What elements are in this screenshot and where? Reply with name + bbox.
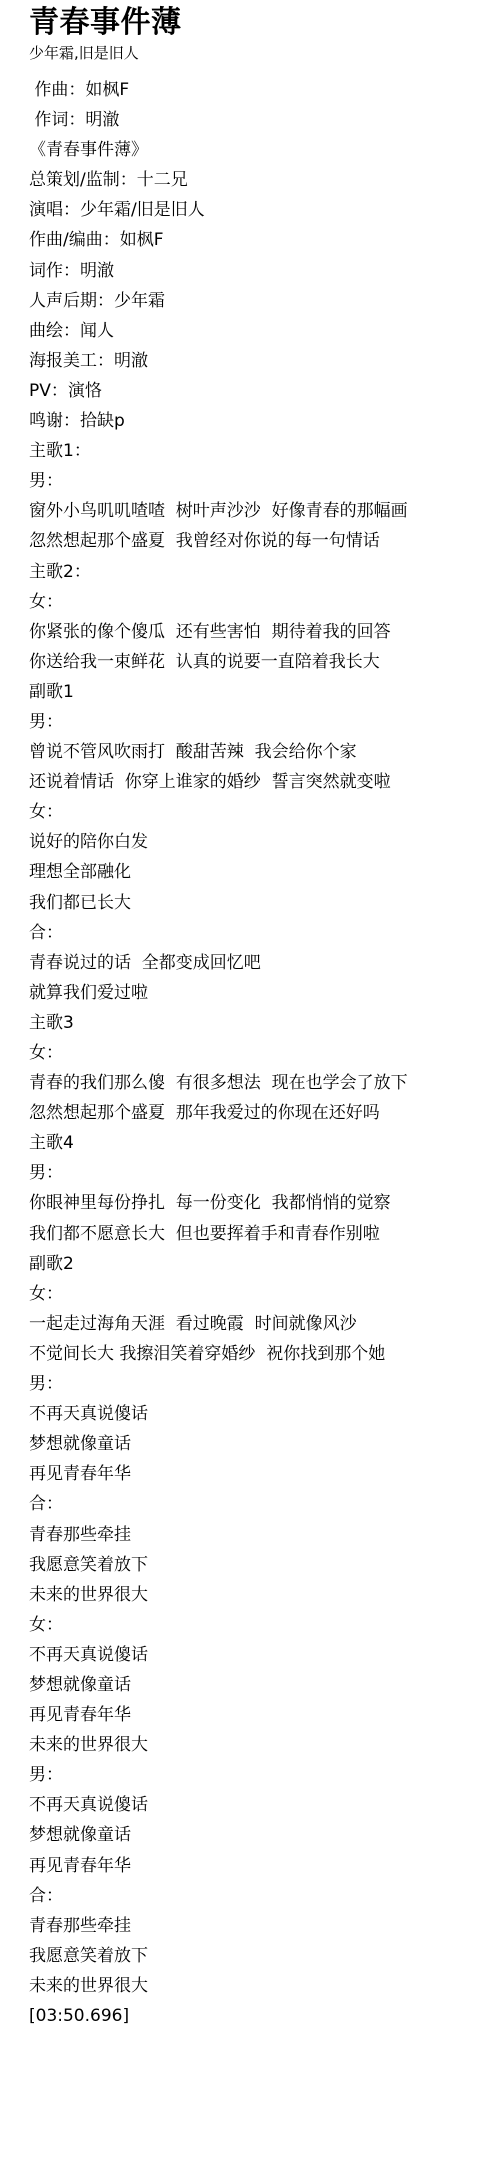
page-title: 青春事件薄 [29,3,490,42]
lyric-line: 理想全部融化 [29,857,490,887]
lyric-line: 就算我们爱过啦 [29,978,490,1008]
lyric-line: 一起走过海角天涯 看过晚霞 时间就像风沙 [29,1309,490,1339]
lyric-line: 合： [29,1489,490,1519]
lyric-line: 青春那些牵挂 [29,1911,490,1941]
lyric-line: 主歌1： [29,436,490,466]
credit-line: 鸣谢：拾缺p [29,406,490,436]
lyric-line: 男： [29,466,490,496]
lyric-line: 副歌1 [29,677,490,707]
lyric-line: 女： [29,1038,490,1068]
lyric-line: 不再天真说傻话 [29,1640,490,1670]
lyric-line: 还说着情话 你穿上谁家的婚纱 誓言突然就变啦 [29,767,490,797]
credit-line: 词作：明澈 [29,256,490,286]
lyric-line: 未来的世界很大 [29,1580,490,1610]
lyric-line: 我愿意笑着放下 [29,1941,490,1971]
lyric-line: 再见青春年华 [29,1700,490,1730]
lyric-line: 男： [29,1369,490,1399]
lyric-line: 女： [29,587,490,617]
lyric-line: 再见青春年华 [29,1851,490,1881]
lyric-line: 未来的世界很大 [29,1971,490,2001]
lyrics-text-block: 作曲：如枫F 作词：明澈《青春事件薄》总策划/监制：十二兄演唱：少年霜/旧是旧人… [29,75,490,2031]
lyric-line: 不觉间长大 我擦泪笑着穿婚纱 祝你找到那个她 [29,1339,490,1369]
lyric-line: 不再天真说傻话 [29,1790,490,1820]
lyric-line: 青春那些牵挂 [29,1520,490,1550]
timestamp: [03:50.696] [29,2001,490,2031]
lyric-line: 忽然想起那个盛夏 那年我爱过的你现在还好吗 [29,1098,490,1128]
lyric-line: 女： [29,1279,490,1309]
lyric-line: 忽然想起那个盛夏 我曾经对你说的每一句情话 [29,526,490,556]
lyric-line: 男： [29,1158,490,1188]
credit-line: 人声后期：少年霜 [29,286,490,316]
lyric-line: 我愿意笑着放下 [29,1550,490,1580]
lyrics-page: 青春事件薄 少年霜,旧是旧人 作曲：如枫F 作词：明澈《青春事件薄》总策划/监制… [0,0,500,2170]
lyric-line: 青春的我们那么傻 有很多想法 现在也学会了放下 [29,1068,490,1098]
lyric-line: 梦想就像童话 [29,1820,490,1850]
lyric-line: 梦想就像童话 [29,1670,490,1700]
lyric-line: 男： [29,707,490,737]
lyric-line: 副歌2 [29,1249,490,1279]
lyric-line: 主歌2： [29,557,490,587]
credit-line: 作曲/编曲：如枫F [29,225,490,255]
lyric-line: 合： [29,1881,490,1911]
credit-line: 《青春事件薄》 [29,135,490,165]
lyric-line: 未来的世界很大 [29,1730,490,1760]
lyric-line: 窗外小鸟叽叽喳喳 树叶声沙沙 好像青春的那幅画 [29,496,490,526]
lyric-line: 男： [29,1760,490,1790]
lyric-line: 你眼神里每份挣扎 每一份变化 我都悄悄的觉察 [29,1188,490,1218]
credit-line: 作曲：如枫F [29,75,490,105]
credit-line: PV：演恪 [29,376,490,406]
credit-line: 作词：明澈 [29,105,490,135]
lyric-line: 主歌3 [29,1008,490,1038]
lyric-line: 说好的陪你白发 [29,827,490,857]
lyric-line: 不再天真说傻话 [29,1399,490,1429]
lyrics-block: 主歌1：男：窗外小鸟叽叽喳喳 树叶声沙沙 好像青春的那幅画忽然想起那个盛夏 我曾… [29,436,490,2001]
lyric-line: 我们都已长大 [29,888,490,918]
credit-line: 总策划/监制：十二兄 [29,165,490,195]
lyric-line: 你紧张的像个傻瓜 还有些害怕 期待着我的回答 [29,617,490,647]
lyric-line: 女： [29,797,490,827]
lyric-line: 女： [29,1610,490,1640]
lyric-line: 青春说过的话 全都变成回忆吧 [29,948,490,978]
lyric-line: 主歌4 [29,1128,490,1158]
lyric-line: 曾说不管风吹雨打 酸甜苦辣 我会给你个家 [29,737,490,767]
lyric-line: 合： [29,918,490,948]
lyric-line: 我们都不愿意长大 但也要挥着手和青春作别啦 [29,1219,490,1249]
lyric-line: 梦想就像童话 [29,1429,490,1459]
lyric-line: 你送给我一束鲜花 认真的说要一直陪着我长大 [29,647,490,677]
credit-line: 演唱：少年霜/旧是旧人 [29,195,490,225]
credit-line: 海报美工：明澈 [29,346,490,376]
artist-names: 少年霜,旧是旧人 [29,42,490,64]
credit-line: 曲绘：闻人 [29,316,490,346]
credits-block: 作曲：如枫F 作词：明澈《青春事件薄》总策划/监制：十二兄演唱：少年霜/旧是旧人… [29,75,490,436]
lyric-line: 再见青春年华 [29,1459,490,1489]
